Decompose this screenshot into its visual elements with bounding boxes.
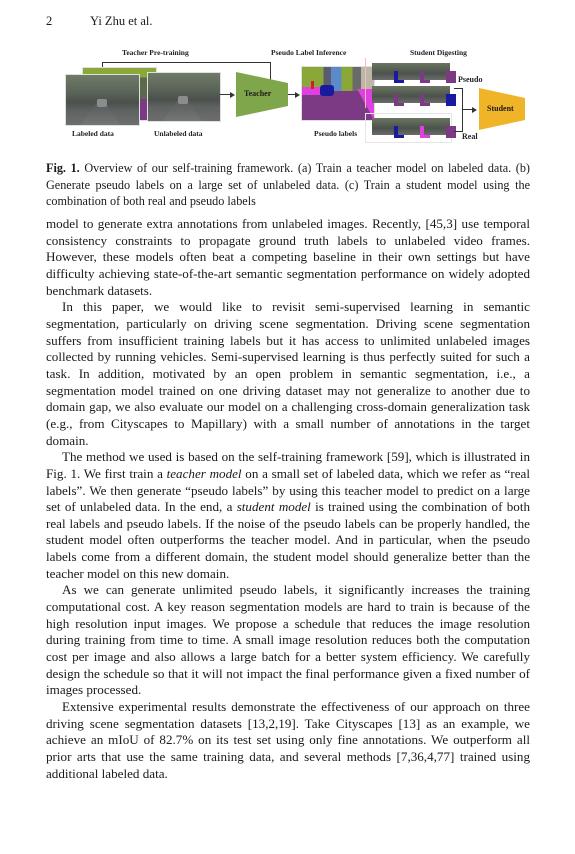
running-title: Yi Zhu et al. <box>90 14 153 29</box>
paragraph-1: model to generate extra annotations from… <box>46 216 530 299</box>
pseudo-labels-label: Pseudo labels <box>314 129 357 138</box>
caption-label: Fig. 1. <box>46 161 80 175</box>
paragraph-4: As we can generate unlimited pseudo labe… <box>46 582 530 699</box>
pseudo-label-inference-title: Pseudo Label Inference <box>271 48 346 57</box>
caption-text: Overview of our self-training framework.… <box>46 161 530 208</box>
paragraph-3: The method we used is based on the self-… <box>46 449 530 582</box>
arrowhead-right-icon <box>230 92 235 98</box>
paragraph-5: Extensive experimental results demonstra… <box>46 699 530 782</box>
paper-page: 2 Yi Zhu et al. Teacher Pre-training Pse… <box>0 0 575 854</box>
teacher-pretraining-title: Teacher Pre-training <box>122 48 189 57</box>
figure-1: Teacher Pre-training Pseudo Label Infere… <box>62 44 532 144</box>
unlabeled-data-image <box>147 72 221 122</box>
arrowhead-right-icon <box>295 92 300 98</box>
arrowhead-right-icon <box>472 107 477 113</box>
pseudo-labels-image <box>301 66 375 121</box>
merge-bracket <box>454 88 463 132</box>
pretrain-arrow-horizontal <box>102 62 270 63</box>
real-thumbnail-group <box>365 113 452 143</box>
pseudo-thumbnail-group <box>365 58 451 108</box>
teacher-model-label: Teacher <box>244 89 271 98</box>
figure-caption: Fig. 1. Overview of our self-training fr… <box>46 160 530 210</box>
paragraph-2: In this paper, we would like to revisit … <box>46 299 530 449</box>
student-digesting-title: Student Digesting <box>410 48 467 57</box>
real-branch-label: Real <box>462 132 478 141</box>
unlabeled-data-label: Unlabeled data <box>154 129 203 138</box>
student-model-label: Student <box>487 104 514 113</box>
body-text: model to generate extra annotations from… <box>46 216 530 782</box>
pseudo-branch-label: Pseudo <box>458 75 482 84</box>
labeled-data-image <box>65 74 140 126</box>
page-number: 2 <box>46 14 52 29</box>
labeled-data-label: Labeled data <box>72 129 114 138</box>
